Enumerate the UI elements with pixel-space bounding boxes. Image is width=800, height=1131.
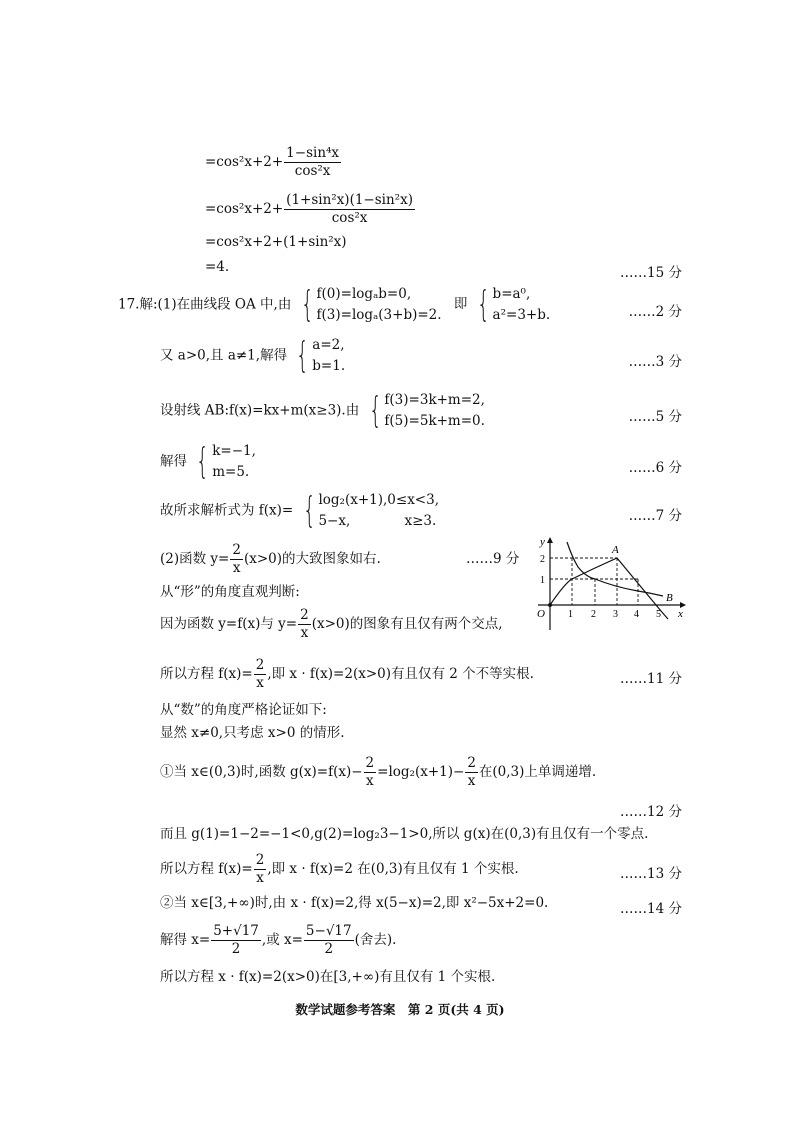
system-6: { log₂(x+1),0≤x<3, 5−x,x≥3.: [298, 493, 439, 529]
page-footer: 数学试题参考答案 第 2 页(共 4 页): [0, 1000, 800, 1018]
piece-expr: log₂(x+1),: [318, 492, 387, 508]
expr-prefix: =cos²x+2+: [205, 201, 283, 217]
score-13: ……13 分: [620, 862, 682, 882]
fraction: 1−sin⁴xcos²x: [284, 146, 341, 179]
denominator: cos²x: [330, 210, 370, 226]
score-14: ……14 分: [620, 897, 682, 917]
numerator: 5+√17: [211, 924, 261, 941]
numerator: (1+sin²x)(1−sin²x): [284, 193, 415, 210]
y-tick-1: 1: [540, 575, 545, 586]
x-tick-1: 1: [568, 609, 573, 620]
eq-prefix: 所以方程 f(x)=: [160, 666, 253, 682]
x-tick-2: 2: [591, 609, 596, 620]
case1c-prefix: 所以方程 f(x)=: [160, 861, 253, 877]
denominator: cos²x: [293, 163, 333, 179]
case1c-suffix: ,即 x · f(x)=2 在(0,3)有且仅有 1 个实根.: [267, 861, 518, 877]
q17-part2: (2)函数 y=2x(x>0)的大致图象如右.: [160, 543, 381, 576]
point-a-label: A: [611, 544, 619, 556]
system-1: {f(0)=logₐb=0,f(3)=logₐ(3+b)=2.: [296, 287, 442, 323]
denominator: 2: [322, 941, 335, 957]
eq: f(3)=3k+m=2,: [384, 394, 485, 408]
function-graph: O y x 1 2 3 4 5 1 2 A B: [530, 535, 690, 635]
system-4: {f(3)=3k+m=2,f(5)=5k+m=0.: [364, 393, 485, 429]
case2-line: ②当 x∈[3,+∞)时,由 x · f(x)=2,得 x(5−x)=2,即 x…: [160, 897, 548, 911]
score-11: ……11 分: [620, 667, 682, 687]
numerator: 5−√17: [304, 924, 354, 941]
score-15: ……15 分: [620, 261, 682, 281]
score-6: ……6 分: [629, 456, 682, 476]
solve-text: 解得: [160, 453, 187, 469]
ray-text: 设射线 AB:f(x)=kx+m(x≥3).由: [160, 402, 359, 418]
case2b-suffix: (舍去).: [355, 932, 397, 948]
system-3: {a=2,b=1.: [291, 338, 345, 374]
denominator: x: [231, 560, 243, 576]
x-tick-5: 5: [656, 609, 661, 620]
score-2: ……2 分: [629, 300, 682, 320]
eq: m=5.: [212, 466, 256, 480]
y-tick-2: 2: [540, 554, 545, 565]
fraction: 2x: [465, 756, 478, 789]
eq-line: 所以方程 f(x)=2x,即 x · f(x)=2(x>0)有且仅有 2 个不等…: [160, 658, 534, 691]
x-axis-label: x: [677, 608, 683, 620]
fraction: 2x: [230, 543, 243, 576]
fraction: 2x: [254, 853, 267, 886]
eq: f(3)=logₐ(3+b)=2.: [317, 309, 442, 323]
part2-prefix: (2)函数 y=: [160, 551, 229, 567]
expr-prefix: =cos²x+2+: [205, 154, 283, 170]
eq-suffix: ,即 x · f(x)=2(x>0)有且仅有 2 个不等实根.: [267, 666, 534, 682]
piece-cond: 0≤x<3,: [387, 492, 439, 508]
eq: a=2,: [312, 339, 345, 353]
prev-line-2: =cos²x+2+(1+sin²x)(1−sin²x)cos²x: [205, 193, 416, 226]
case1-b: 而且 g(1)=1−2=−1<0,g(2)=log₂3−1>0,所以 g(x)在…: [160, 828, 648, 842]
shape-line: 因为函数 y=f(x)与 y=2x(x>0)的图象有且仅有两个交点,: [160, 608, 503, 641]
eq: b=a⁰,: [493, 288, 551, 302]
origin-dot: [548, 603, 552, 607]
piece-2: 5−x,x≥3.: [318, 515, 439, 529]
number-heading: 从“数”的角度严格论证如下:: [160, 704, 327, 718]
denominator: x: [254, 870, 266, 886]
part2-suffix: (x>0)的大致图象如右.: [244, 551, 381, 567]
x-tick-3: 3: [613, 609, 618, 620]
case2-b: 解得 x=5+√172,或 x=5−√172(舍去).: [160, 924, 396, 957]
eq: b=1.: [312, 360, 345, 374]
case2b-prefix: 解得 x=: [160, 932, 210, 948]
fraction: (1+sin²x)(1−sin²x)cos²x: [284, 193, 415, 226]
numerator: 2: [230, 543, 243, 560]
denominator: x: [254, 675, 266, 691]
ji-text: 即: [454, 296, 468, 312]
numerator: 2: [298, 608, 311, 625]
denominator: x: [466, 773, 478, 789]
q17-line-cond: 又 a>0,且 a≠1,解得 {a=2,b=1.: [160, 338, 345, 374]
shape-prefix: 因为函数 y=f(x)与 y=: [160, 616, 297, 632]
case2b-mid: ,或 x=: [262, 932, 303, 948]
piece-1: log₂(x+1),0≤x<3,: [318, 494, 439, 508]
score-7: ……7 分: [629, 504, 682, 524]
fraction: 5−√172: [304, 924, 354, 957]
point-b-label: B: [666, 592, 673, 604]
numerator: 2: [254, 853, 267, 870]
origin-label: O: [537, 608, 545, 620]
eq: k=−1,: [212, 445, 256, 459]
y-axis-label: y: [539, 536, 545, 548]
piece-cond: x≥3.: [404, 513, 436, 529]
piece-expr: 5−x,: [318, 515, 404, 529]
prev-line-3: =cos²x+2+(1+sin²x): [205, 236, 347, 250]
eq: f(5)=5k+m=0.: [384, 415, 485, 429]
shape-suffix: (x>0)的图象有且仅有两个交点,: [312, 616, 503, 632]
score-5: ……5 分: [629, 405, 682, 425]
case1-line: ①当 x∈(0,3)时,函数 g(x)=f(x)−2x=log₂(x+1)−2x…: [160, 756, 596, 789]
prev-line-1: =cos²x+2+1−sin⁴xcos²x: [205, 146, 342, 179]
numerator: 2: [254, 658, 267, 675]
q17-line-solve: 解得 {k=−1,m=5.: [160, 444, 256, 480]
fraction: 5+√172: [211, 924, 261, 957]
case2-c: 所以方程 x · f(x)=2(x>0)在[3,+∞)有且仅有 1 个实根.: [160, 971, 495, 985]
q17-line-result: 故所求解析式为 f(x)= { log₂(x+1),0≤x<3, 5−x,x≥3…: [160, 493, 439, 529]
denominator: x: [364, 773, 376, 789]
score-9: ……9 分: [466, 553, 519, 567]
guide-lines: [550, 558, 638, 605]
cond-text: 又 a>0,且 a≠1,解得: [160, 347, 287, 363]
case1-c: 所以方程 f(x)=2x,即 x · f(x)=2 在(0,3)有且仅有 1 个…: [160, 853, 519, 886]
case1-suffix: 在(0,3)上单调递增.: [479, 764, 596, 780]
q17-label: 17.解:(1)在曲线段 OA 中,由: [118, 296, 291, 312]
numerator: 2: [364, 756, 377, 773]
denominator: 2: [230, 941, 243, 957]
numerator: 1−sin⁴x: [284, 146, 341, 163]
denominator: x: [299, 625, 311, 641]
x-tick-4: 4: [634, 609, 639, 620]
eq: a²=3+b.: [493, 309, 551, 323]
fraction: 2x: [254, 658, 267, 691]
fraction: 2x: [298, 608, 311, 641]
obvious-line: 显然 x≠0,只考虑 x>0 的情形.: [160, 727, 344, 741]
y-axis-arrow-icon: [547, 537, 553, 543]
score-12: ……12 分: [620, 800, 682, 820]
numerator: 2: [465, 756, 478, 773]
result-text: 故所求解析式为 f(x)=: [160, 502, 293, 518]
score-3: ……3 分: [629, 350, 682, 370]
case1-mid: =log₂(x+1)−: [377, 764, 464, 780]
prev-line-4: =4.: [205, 261, 229, 275]
system-5: {k=−1,m=5.: [191, 444, 256, 480]
q17-line-1: 17.解:(1)在曲线段 OA 中,由 {f(0)=logₐb=0,f(3)=l…: [118, 287, 550, 323]
system-2: {b=a⁰,a²=3+b.: [472, 287, 551, 323]
fraction: 2x: [364, 756, 377, 789]
case1-prefix: ①当 x∈(0,3)时,函数 g(x)=f(x)−: [160, 764, 363, 780]
shape-heading: 从“形”的角度直观判断:: [160, 586, 300, 600]
q17-line-ray: 设射线 AB:f(x)=kx+m(x≥3).由 {f(3)=3k+m=2,f(5…: [160, 393, 485, 429]
eq: f(0)=logₐb=0,: [317, 288, 442, 302]
